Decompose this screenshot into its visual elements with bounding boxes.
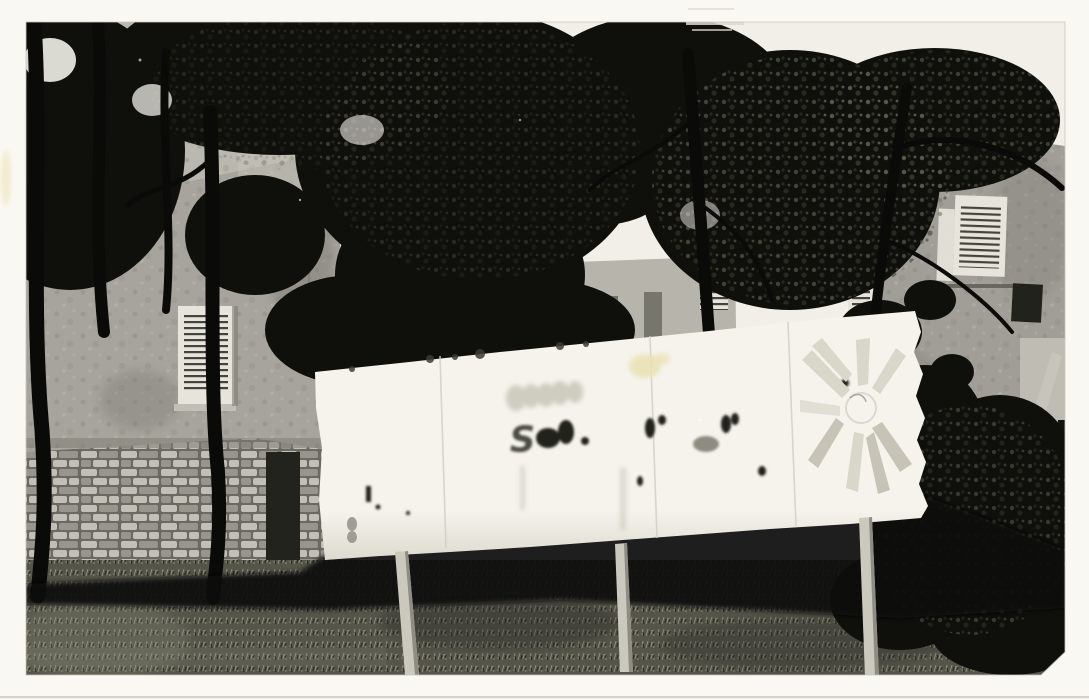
photo-canvas: S bbox=[0, 0, 1089, 700]
photo-image: S bbox=[0, 0, 1089, 680]
trunk-2 bbox=[98, 22, 104, 332]
remnant-letter: S bbox=[509, 419, 536, 461]
mat-stain bbox=[1, 150, 11, 206]
mat-streak bbox=[688, 8, 734, 10]
trunk-3 bbox=[164, 52, 168, 310]
scanned-photograph: S bbox=[0, 0, 1089, 700]
gray-blob bbox=[693, 436, 719, 452]
bottom-edge-line bbox=[0, 696, 1089, 698]
wall-plaque bbox=[1011, 283, 1043, 323]
